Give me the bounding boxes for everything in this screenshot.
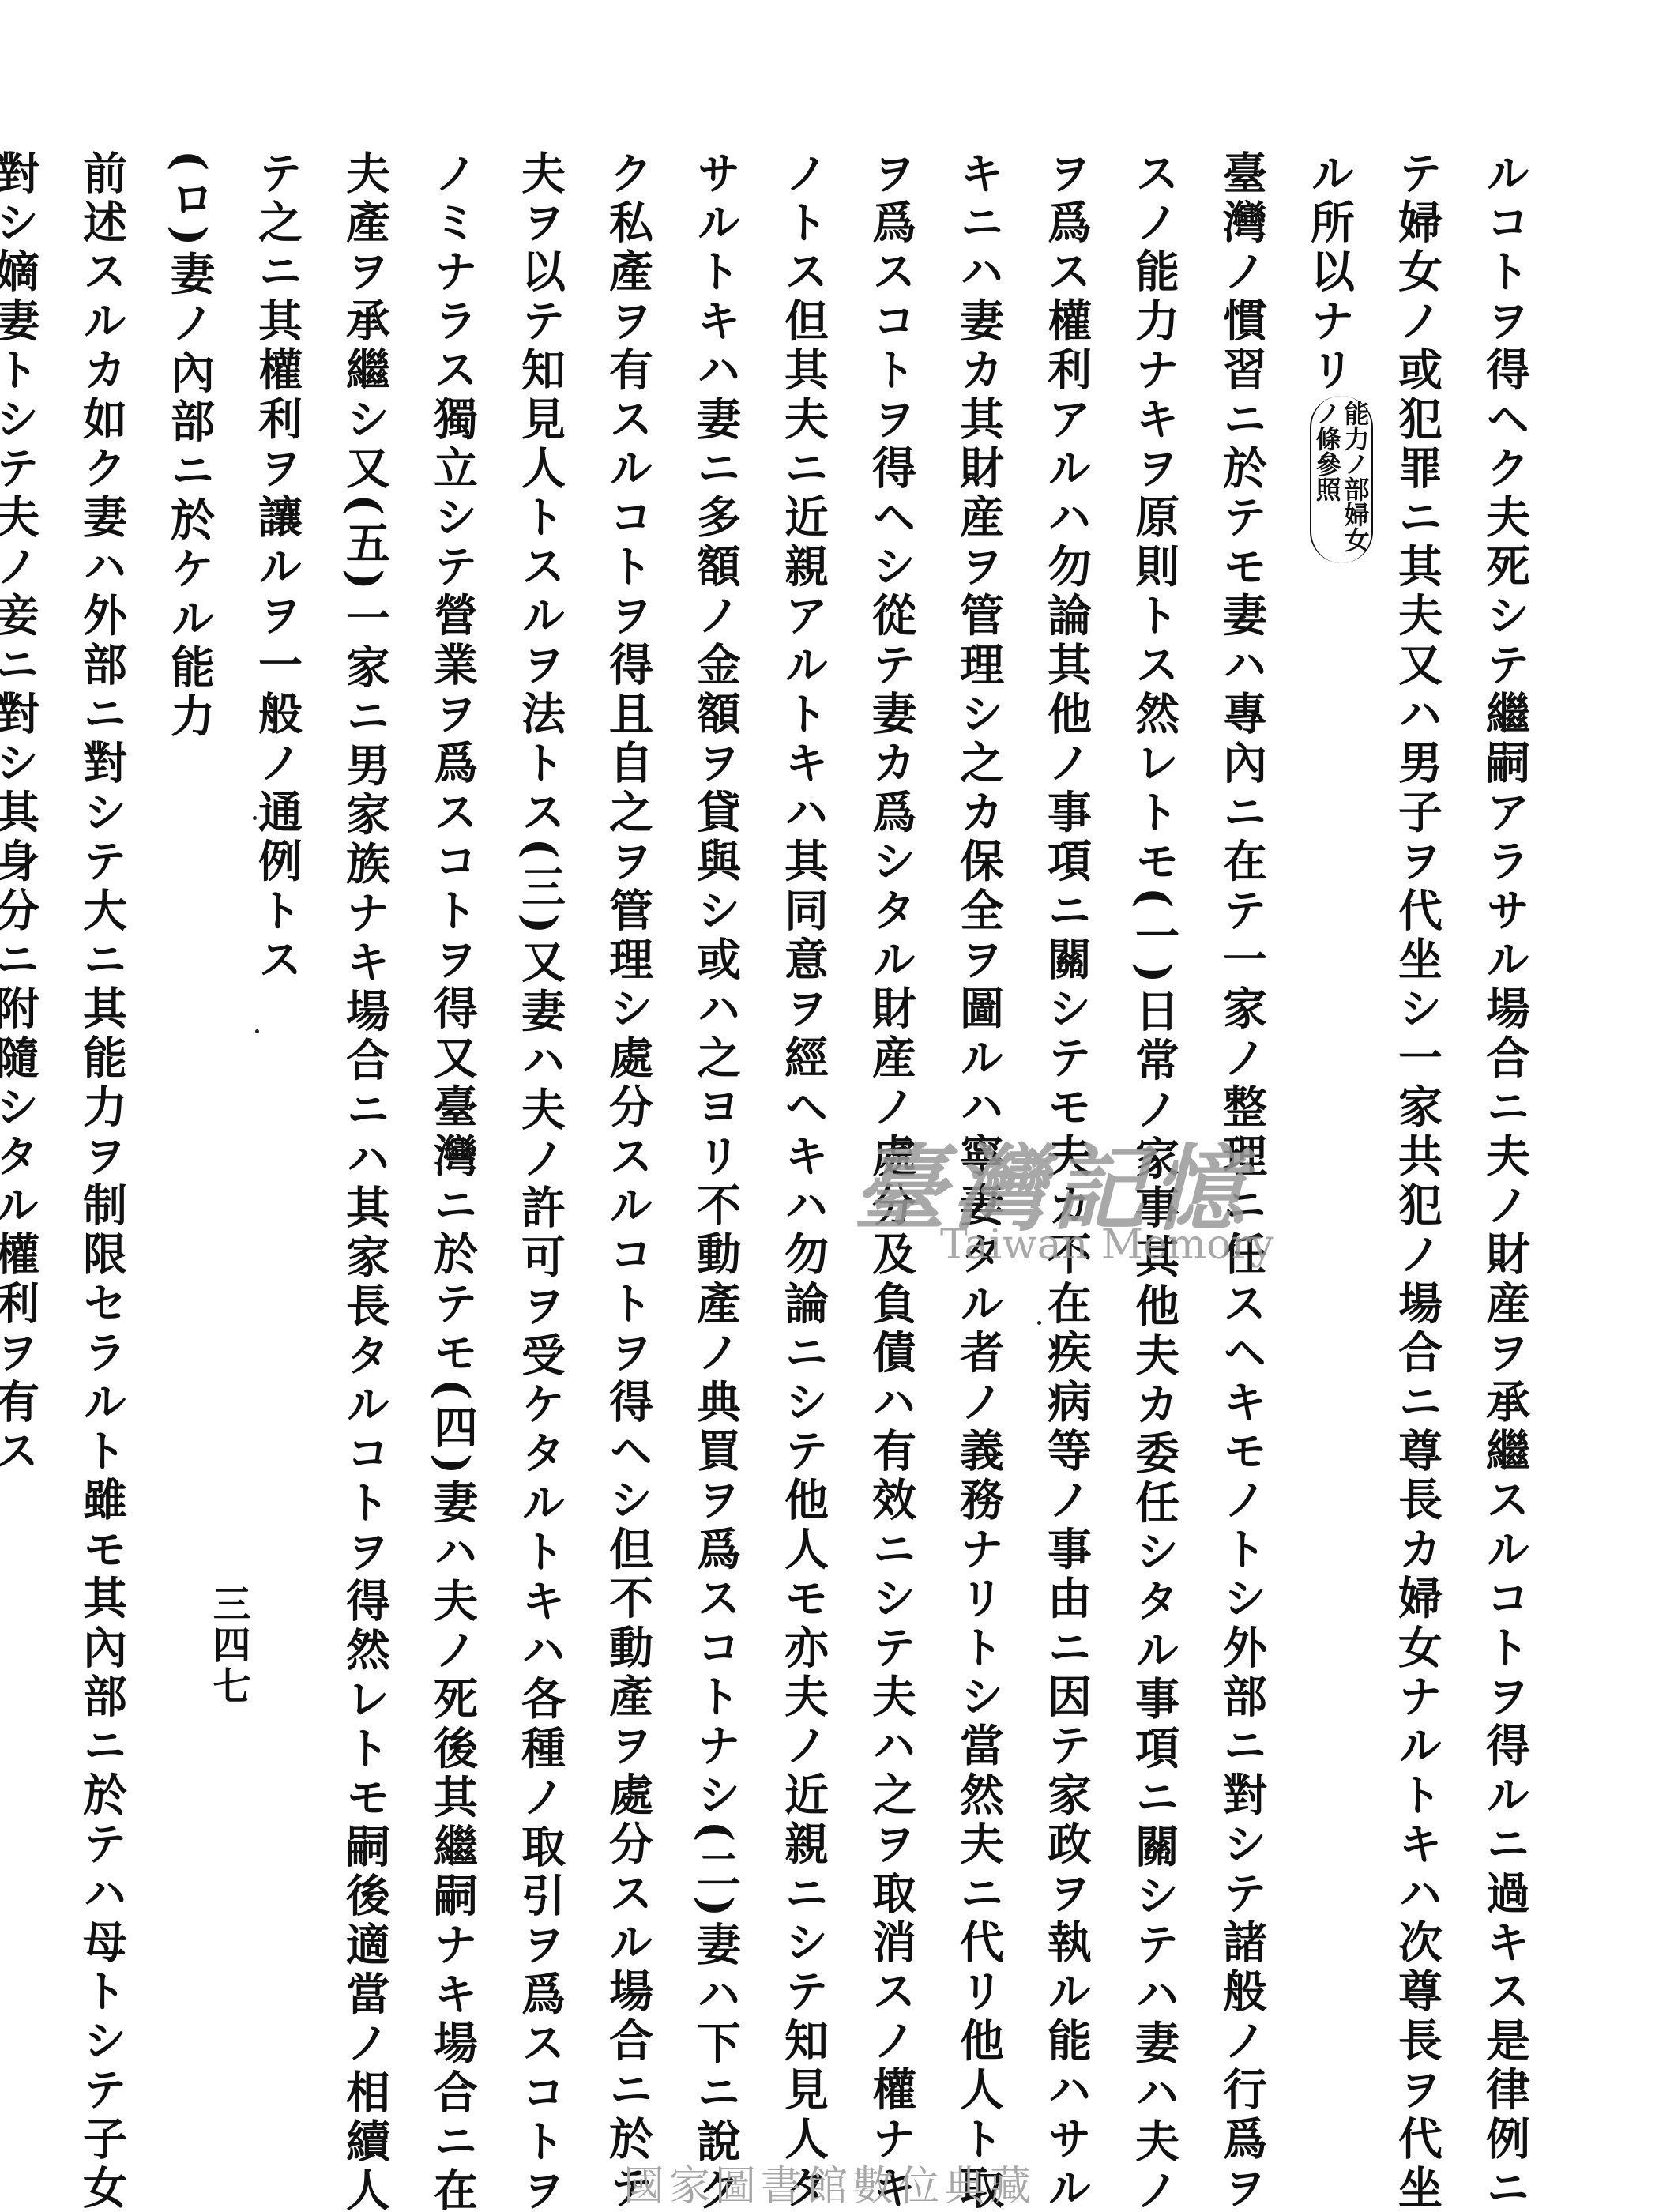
text-column: テ之ニ其權利ヲ讓ルヲ一般ノ通例トス [233,150,321,1999]
text-column: 臺灣ノ慣習ニ於テモ妻ハ專內ニ在テ一家ノ整理ニ任スヘキモノトシ外部ニ對シテ諸般ノ行… [1198,150,1285,1999]
page-number: 三四七 [201,1584,256,1707]
text-column-with-note: ル所以ナリ能力ノ部婦女ノ條參照 [1285,150,1373,1999]
text-column: サルトキハ妻ニ多額ノ金額ヲ貸與シ或ハ之ヨリ不動產ノ典買ヲ爲スコトナシ(二)妻ハ下… [671,150,759,1999]
text-column: スノ能力ナキヲ原則トス然レトモ(一)日常ノ家事其他夫カ委任シタル事項ニ關シテハ妻… [1110,150,1198,1999]
text-column: 前述スルカ如ク妻ハ外部ニ對シテ大ニ其能力ヲ制限セラルト雖モ其內部ニ於テハ母トシテ… [58,150,145,1999]
section-heading: (ロ)妻ノ內部ニ於ケル能力 [145,150,233,1999]
scan-speck [253,816,257,820]
text-fragment: ル所以ナリ [1303,150,1356,396]
library-footer: 國家圖書館數位典藏 [0,2153,1659,2212]
text-column: ノミナラス獨立シテ營業ヲ爲スコトヲ得又臺灣ニ於テモ(四)妻ハ夫ノ死後其繼嗣ナキ場… [408,150,496,1999]
scan-speck [255,1029,259,1033]
text-column: ク私產ヲ有スルコトヲ得且自之ヲ管理シ處分スルコトヲ得ヘシ但不動產ヲ處分スル場合ニ… [584,150,671,1999]
text-column: テ婦女ノ或犯罪ニ其夫又ハ男子ヲ代坐シ一家共犯ノ場合ニ尊長カ婦女ナルトキハ次尊長ヲ… [1373,150,1461,1999]
text-column: ヲ爲ス權利アルハ勿論其他ノ事項ニ關シテモ夫カ不在疾病等ノ事由ニ因テ家政ヲ執ル能ハ… [1022,150,1110,1999]
scan-speck [1037,1321,1041,1325]
text-column: 對シ嫡妻トシテ夫ノ妾ニ對シ其身分ニ附隨シタル權利ヲ有ス [0,150,58,1999]
inline-reference-note: 能力ノ部婦女ノ條參照 [1310,396,1373,563]
text-column: ヲ爲スコトヲ得ヘシ從テ妻カ爲シタル財産ノ處分及負債ハ有效ニシテ夫ハ之ヲ取消スノ權… [847,150,935,1999]
text-column: 夫產ヲ承繼シ又(五)一家ニ男家族ナキ場合ニハ其家長タルコトヲ得然レトモ嗣後適當ノ… [321,150,408,1999]
text-column: ルコトヲ得ヘク夫死シテ繼嗣アラサル場合ニ夫ノ財産ヲ承繼スルコトヲ得ルニ過キス是律… [1461,150,1548,1999]
scanned-page: ルコトヲ得ヘク夫死シテ繼嗣アラサル場合ニ夫ノ財産ヲ承繼スルコトヲ得ルニ過キス是律… [0,0,1659,2212]
text-column: 夫ヲ以テ知見人トスルヲ法トス(三)又妻ハ夫ノ許可ヲ受ケタルトキハ各種ノ取引ヲ爲ス… [496,150,584,1999]
vertical-body-text: ルコトヲ得ヘク夫死シテ繼嗣アラサル場合ニ夫ノ財産ヲ承繼スルコトヲ得ルニ過キス是律… [0,150,1548,1999]
text-column: キニハ妻カ其財産ヲ管理シ之カ保全ヲ圖ルハ寧妻タル者ノ義務ナリトシ當然夫ニ代リ他人… [935,150,1022,1999]
text-column: ノトス但其夫ニ近親アルトキハ其同意ヲ經ヘキハ勿論ニシテ他人モ亦夫ノ近親ニシテ知見… [759,150,847,1999]
